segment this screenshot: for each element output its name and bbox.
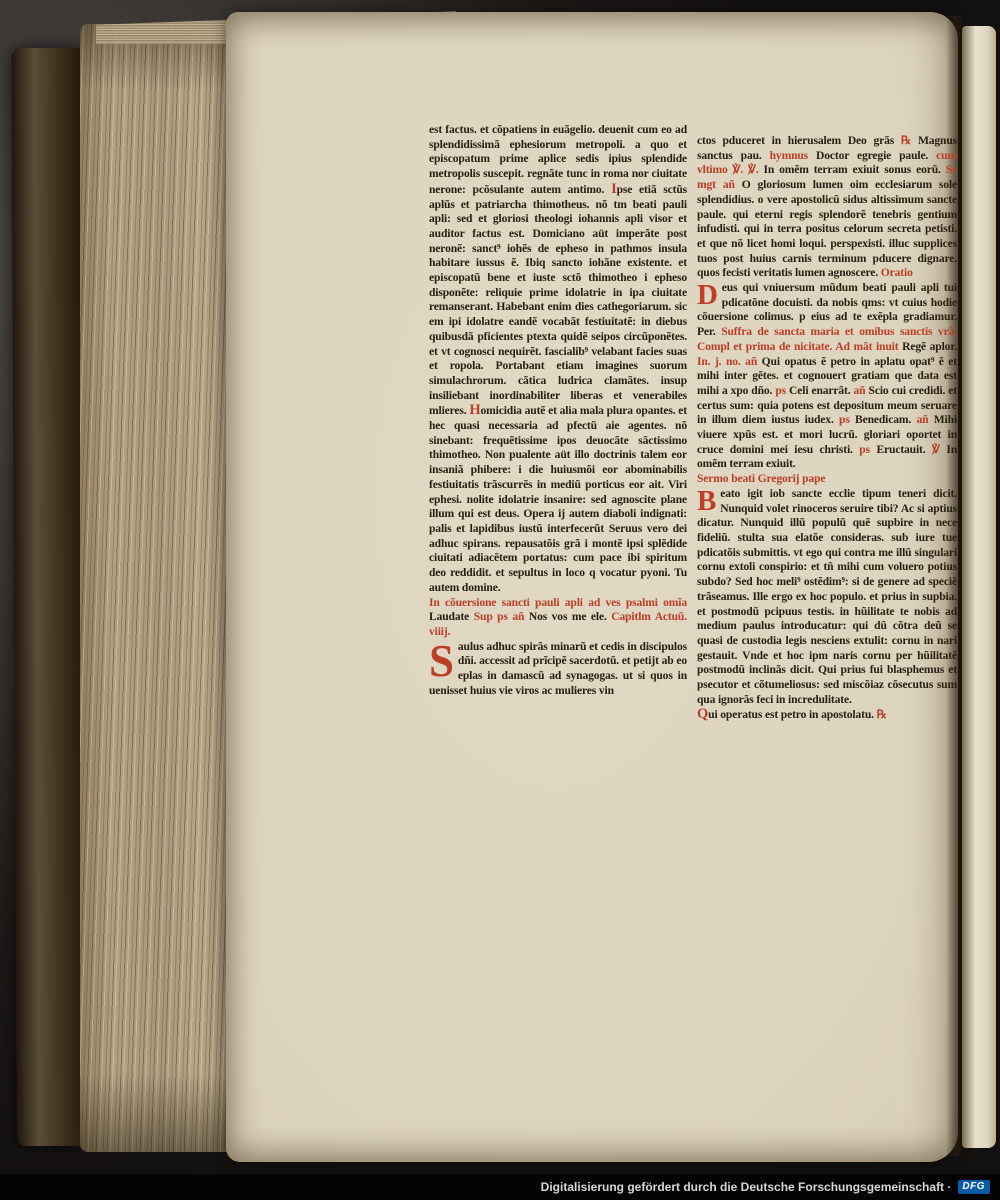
attribution-text: Digitalisierung gefördert durch die Deut… bbox=[541, 1180, 952, 1194]
dfg-logo: DFG bbox=[958, 1180, 990, 1194]
text-column-left: est factus. et cõpatiens in euãgelio. de… bbox=[429, 123, 687, 698]
attribution-bar: Digitalisierung gefördert durch die Deut… bbox=[0, 1174, 1000, 1200]
next-page-edge bbox=[962, 26, 996, 1148]
text-column-right: ctos pduceret in hierusalem Deo grãs ℞ M… bbox=[697, 134, 957, 723]
book-page-edges bbox=[80, 24, 230, 1152]
digitized-book-scan: est factus. et cõpatiens in euãgelio. de… bbox=[0, 0, 1000, 1200]
